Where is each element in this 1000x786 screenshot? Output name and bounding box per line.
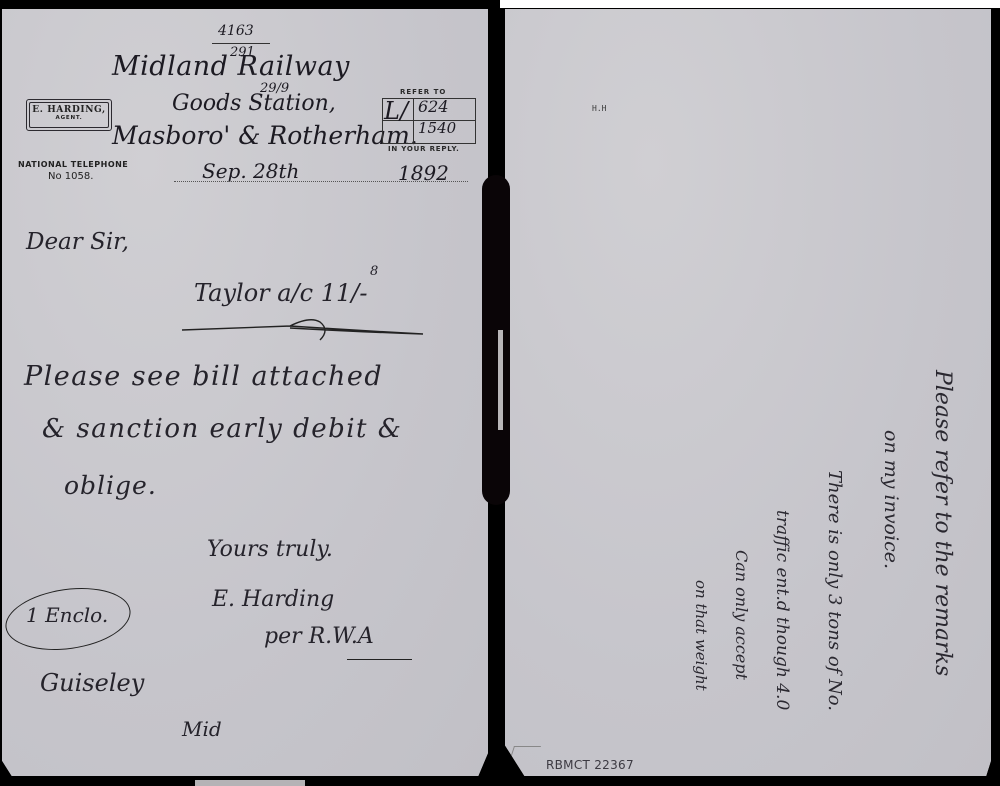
back-stamp: H.H	[592, 104, 606, 113]
underline-flourish	[180, 314, 425, 342]
reference-number-1: 624	[418, 97, 449, 116]
back-note-line-2: on my invoice.	[880, 430, 902, 569]
body-line-1: Please see bill attached	[24, 361, 383, 392]
spine-tab	[498, 330, 503, 430]
agent-box: E. HARDING, AGENT.	[26, 99, 112, 131]
letter-date: Sep. 28th	[202, 159, 299, 183]
back-note-line-6: on that weight	[692, 580, 710, 691]
corner-fold	[502, 746, 541, 783]
scan-border-top	[500, 0, 1000, 8]
letterhead-town: Masboro' & Rotherham.	[112, 121, 418, 150]
date-dotted-line	[174, 181, 468, 182]
addressee-dept: Mid	[182, 717, 222, 741]
subject-annotation: 8	[370, 264, 378, 279]
bottom-tab	[195, 780, 305, 786]
enclosure-note: 1 Enclo.	[26, 603, 108, 627]
back-note-line-4: traffic ent.d though 4.0	[772, 510, 792, 710]
phone-label: NATIONAL TELEPHONE	[18, 160, 128, 169]
addressee: Guiseley	[40, 669, 144, 697]
body-line-3: oblige.	[64, 471, 157, 500]
per-underline	[347, 659, 412, 660]
phone-number: No 1058.	[48, 171, 93, 182]
per-initials: per R.W.A	[264, 624, 374, 649]
body-line-2: & sanction early debit &	[42, 414, 402, 444]
annotation-divider	[212, 43, 270, 44]
back-note-line-5: Can only accept	[732, 550, 751, 680]
back-note-line-1: Please refer to the remarks	[930, 370, 955, 676]
letterhead-station: Goods Station,	[172, 91, 336, 116]
closing: Yours truly.	[207, 537, 333, 562]
back-note-line-3: There is only 3 tons of No.	[824, 470, 845, 711]
refer-to-label: REFER TO	[400, 88, 446, 96]
letterhead-company: Midland Railway	[112, 51, 350, 82]
binding-spine	[482, 175, 510, 505]
letter-front-page: 4163 291 Midland Railway 29/9 Goods Stat…	[2, 9, 488, 776]
annotation-top-number: 4163	[218, 23, 254, 39]
reference-prefix: L/	[384, 97, 408, 125]
subject-line: Taylor a/c 11/-	[194, 279, 367, 307]
agent-role: AGENT.	[27, 115, 111, 121]
signature: E. Harding	[212, 587, 334, 612]
archive-reference: RBMCT 22367	[546, 758, 634, 772]
in-your-reply-label: IN YOUR REPLY.	[388, 145, 460, 153]
agent-name: E. HARDING,	[27, 105, 111, 115]
reference-number-2: 1540	[418, 119, 456, 137]
salutation: Dear Sir,	[26, 229, 129, 255]
